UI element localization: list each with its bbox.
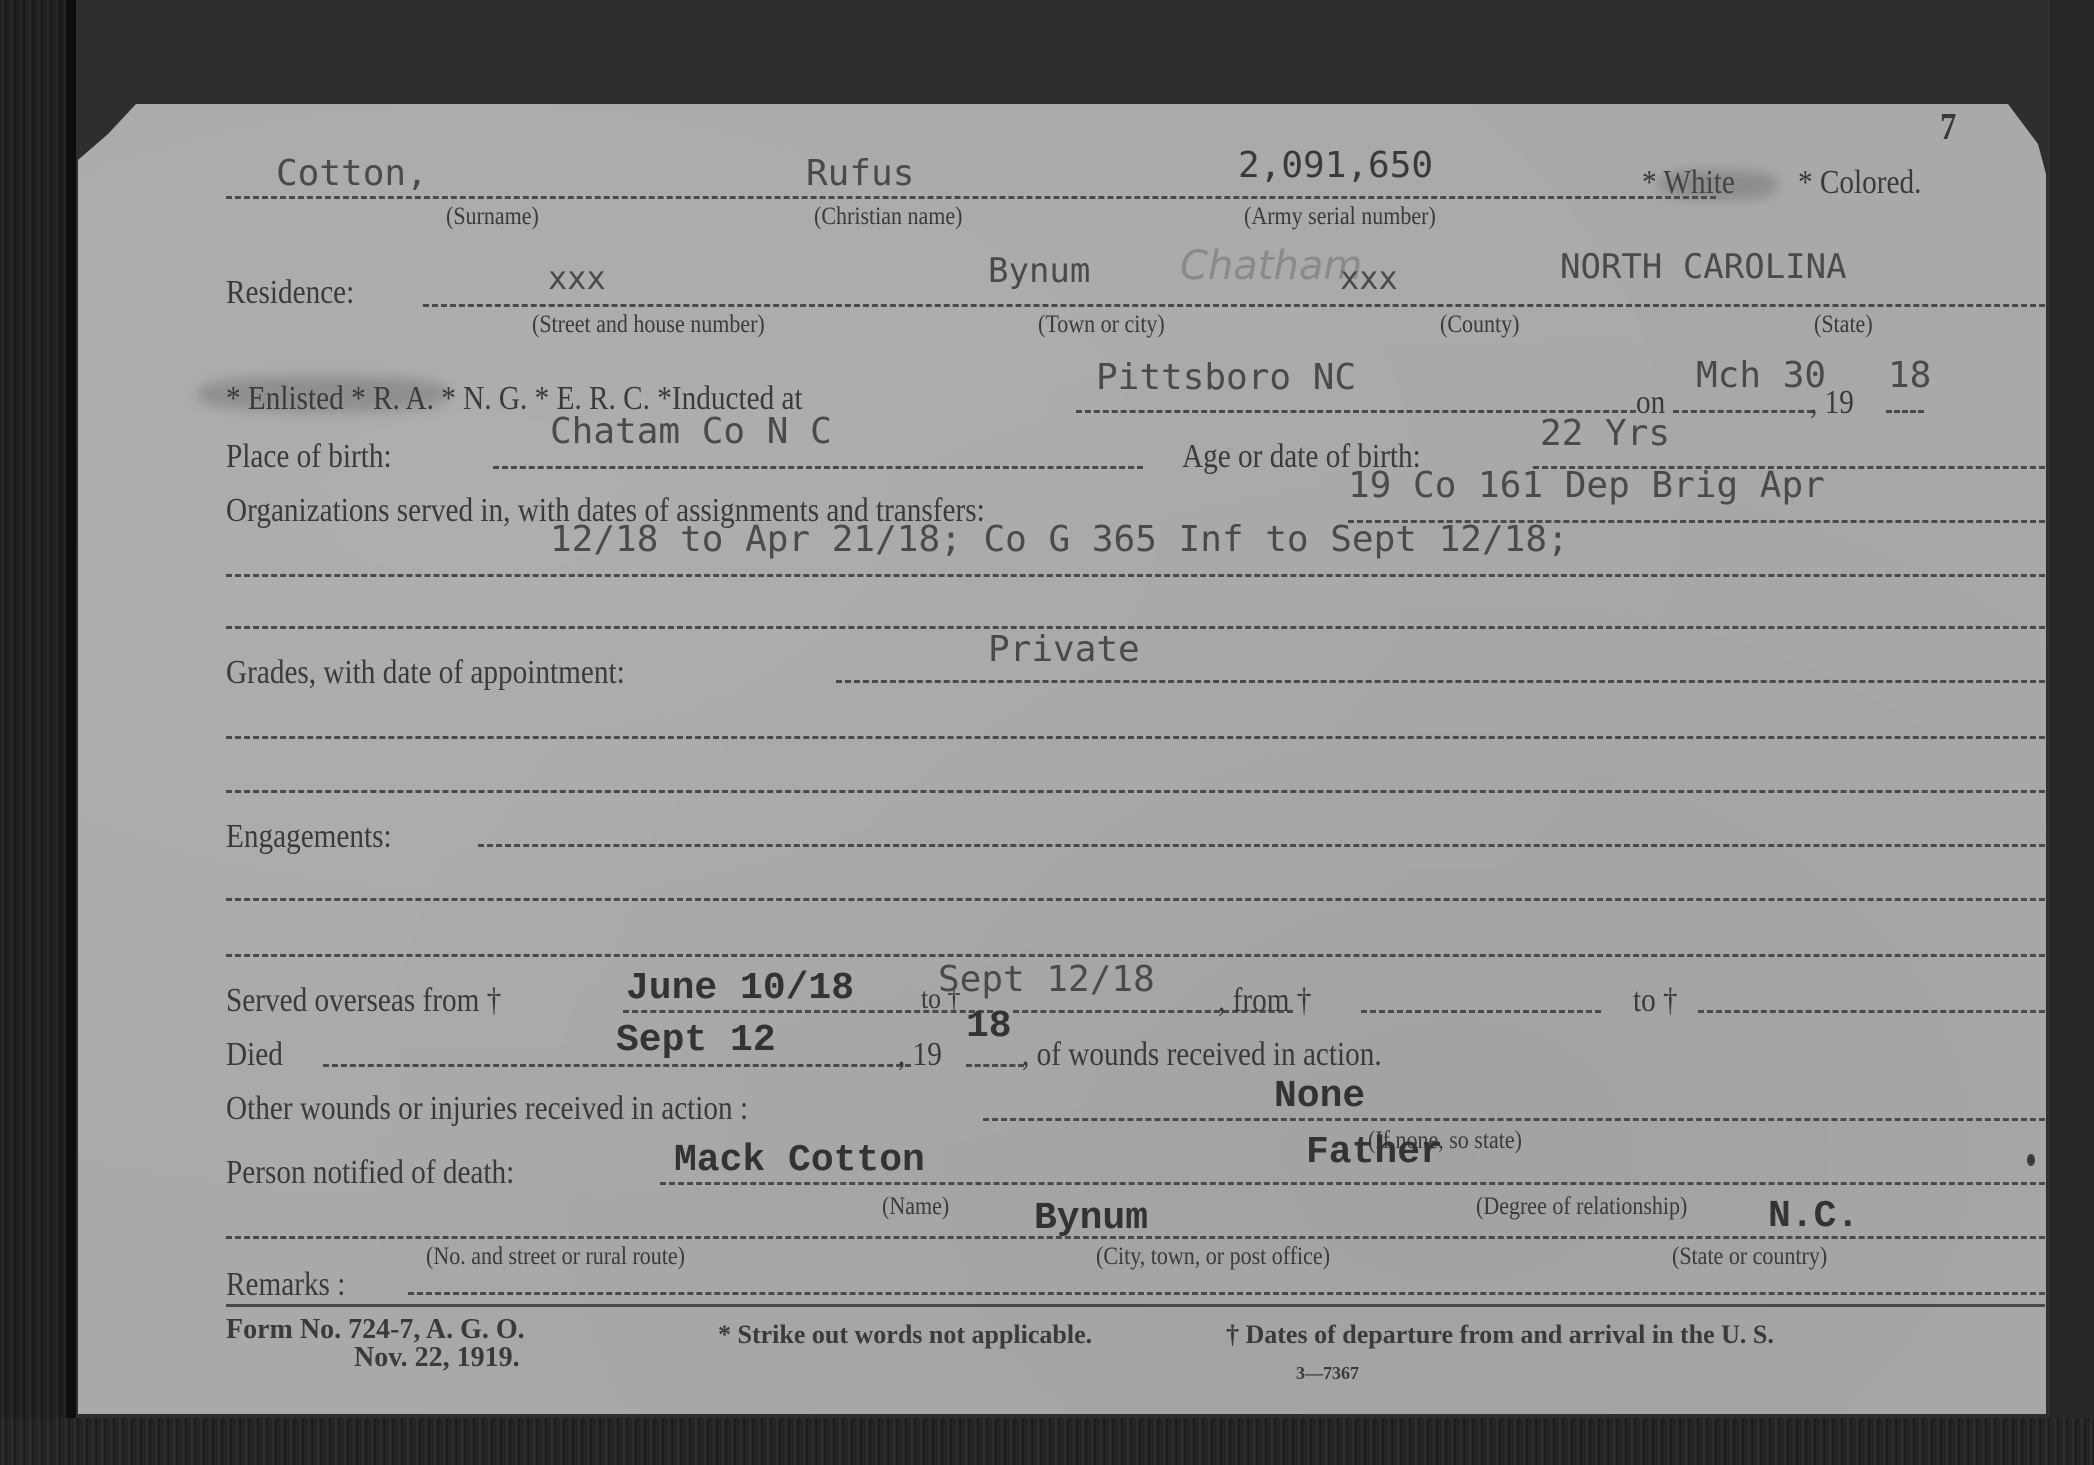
place-of-birth-label: Place of birth: [226, 440, 392, 474]
grades-line-1 [836, 680, 2045, 683]
remarks-line [408, 1292, 2045, 1295]
organizations-value-line2: 12/18 to Apr 21/18; Co G 365 Inf to Sept… [550, 522, 1569, 558]
died-suffix: , of wounds received in action. [1022, 1038, 1382, 1072]
residence-town-label: (Town or city) [1038, 312, 1165, 337]
notified-state-label: (State or country) [1672, 1244, 1827, 1269]
grades-label: Grades, with date of appointment: [226, 656, 625, 690]
induction-year-line [1886, 410, 1924, 413]
engagements-label: Engagements: [226, 820, 392, 854]
residence-street-value: xxx [548, 262, 606, 294]
overseas-to-value: Sept 12/18 [938, 962, 1155, 998]
notified-street-label: (No. and street or rural route) [426, 1244, 685, 1269]
notified-line [660, 1182, 2045, 1185]
residence-county-value: xxx [1340, 262, 1398, 294]
overseas-from2-line [1361, 1010, 1601, 1013]
notified-relationship-value: Father [1306, 1134, 1443, 1172]
notified-city-label: (City, town, or post office) [1096, 1244, 1330, 1269]
scanner-edge [66, 0, 76, 1465]
remarks-label: Remarks : [226, 1268, 345, 1302]
notified-label: Person notified of death: [226, 1156, 514, 1190]
engagements-line-3 [226, 954, 2045, 957]
race-colored: * Colored. [1798, 166, 1921, 200]
footer-divider [226, 1304, 2045, 1307]
engagements-line-2 [226, 898, 2045, 901]
age-value: 22 Yrs [1540, 416, 1670, 452]
scanner-background-bottom [0, 1418, 2094, 1465]
overseas-from2-label: , from † [1218, 984, 1311, 1018]
organizations-line-2 [226, 574, 2045, 577]
notified-city-value: Bynum [1034, 1200, 1148, 1238]
died-date-line [323, 1064, 911, 1067]
induction-year-prefix: , 19 [1810, 386, 1854, 420]
grades-value: Private [988, 632, 1140, 668]
residence-state-value: NORTH CAROLINA [1560, 250, 1847, 284]
other-wounds-label: Other wounds or injuries received in act… [226, 1092, 748, 1126]
overseas-to2-line [1698, 1010, 2045, 1013]
notified-name-label: (Name) [882, 1194, 949, 1219]
surname-label: (Surname) [446, 204, 539, 229]
residence-street-label: (Street and house number) [532, 312, 765, 337]
army-serial-number-label: (Army serial number) [1244, 204, 1436, 229]
grades-line-3 [226, 790, 2045, 793]
overseas-label: Served overseas from † [226, 984, 501, 1018]
smudge [1658, 170, 1778, 200]
induction-year-value: 18 [1888, 358, 1931, 394]
dates-note: † Dates of departure from and arrival in… [1226, 1322, 1774, 1348]
scanner-background-left [0, 0, 72, 1465]
service-record-card: 7 Cotton, Rufus 2,091,650 * White * Colo… [78, 104, 2046, 1414]
residence-state-label: (State) [1814, 312, 1873, 337]
form-number: Form No. 724-7, A. G. O. [226, 1316, 525, 1344]
notified-state-value: N.C. [1768, 1198, 1859, 1236]
residence-county-handwritten: Chatham [1180, 246, 1362, 286]
christian-name-label: (Christian name) [814, 204, 962, 229]
engagements-line-1 [478, 844, 2045, 847]
died-year-value: 18 [966, 1008, 1012, 1046]
overseas-to2-label: to † [1633, 984, 1678, 1018]
residence-county-label: (County) [1440, 312, 1519, 337]
overseas-from-value: June 10/18 [626, 970, 854, 1008]
died-year-prefix: , 19 [898, 1038, 942, 1072]
induction-place-value: Pittsboro NC [1096, 360, 1356, 396]
died-date-value: Sept 12 [616, 1022, 776, 1060]
other-wounds-value: None [1274, 1078, 1365, 1116]
surname-value: Cotton, [276, 156, 428, 192]
strike-note: * Strike out words not applicable. [718, 1322, 1092, 1348]
died-year-line [966, 1064, 1024, 1067]
induction-date-line [1673, 410, 1813, 413]
organizations-value-line1: 19 Co 161 Dep Brig Apr [1348, 468, 1825, 504]
residence-label: Residence: [226, 276, 354, 310]
page-number: 7 [1940, 108, 1956, 146]
induction-date-value: Mch 30 [1696, 358, 1826, 394]
residence-line [423, 304, 2045, 307]
died-label: Died [226, 1038, 283, 1072]
other-wounds-line [983, 1118, 2045, 1121]
place-of-birth-line [493, 466, 1143, 469]
form-date: Nov. 22, 1919. [354, 1344, 520, 1372]
army-serial-number-value: 2,091,650 [1238, 148, 1433, 184]
christian-name-value: Rufus [806, 156, 914, 192]
notified-name-value: Mack Cotton [674, 1142, 925, 1180]
residence-town-value: Bynum [988, 254, 1090, 288]
notified-relationship-label: (Degree of relationship) [1476, 1194, 1687, 1219]
name-line [226, 196, 1716, 199]
grades-line-2 [226, 736, 2045, 739]
print-code: 3—7367 [1296, 1364, 1359, 1382]
ink-spot [2027, 1154, 2035, 1166]
scanner-background-right [2050, 0, 2094, 1420]
place-of-birth-value: Chatam Co N C [550, 414, 832, 450]
